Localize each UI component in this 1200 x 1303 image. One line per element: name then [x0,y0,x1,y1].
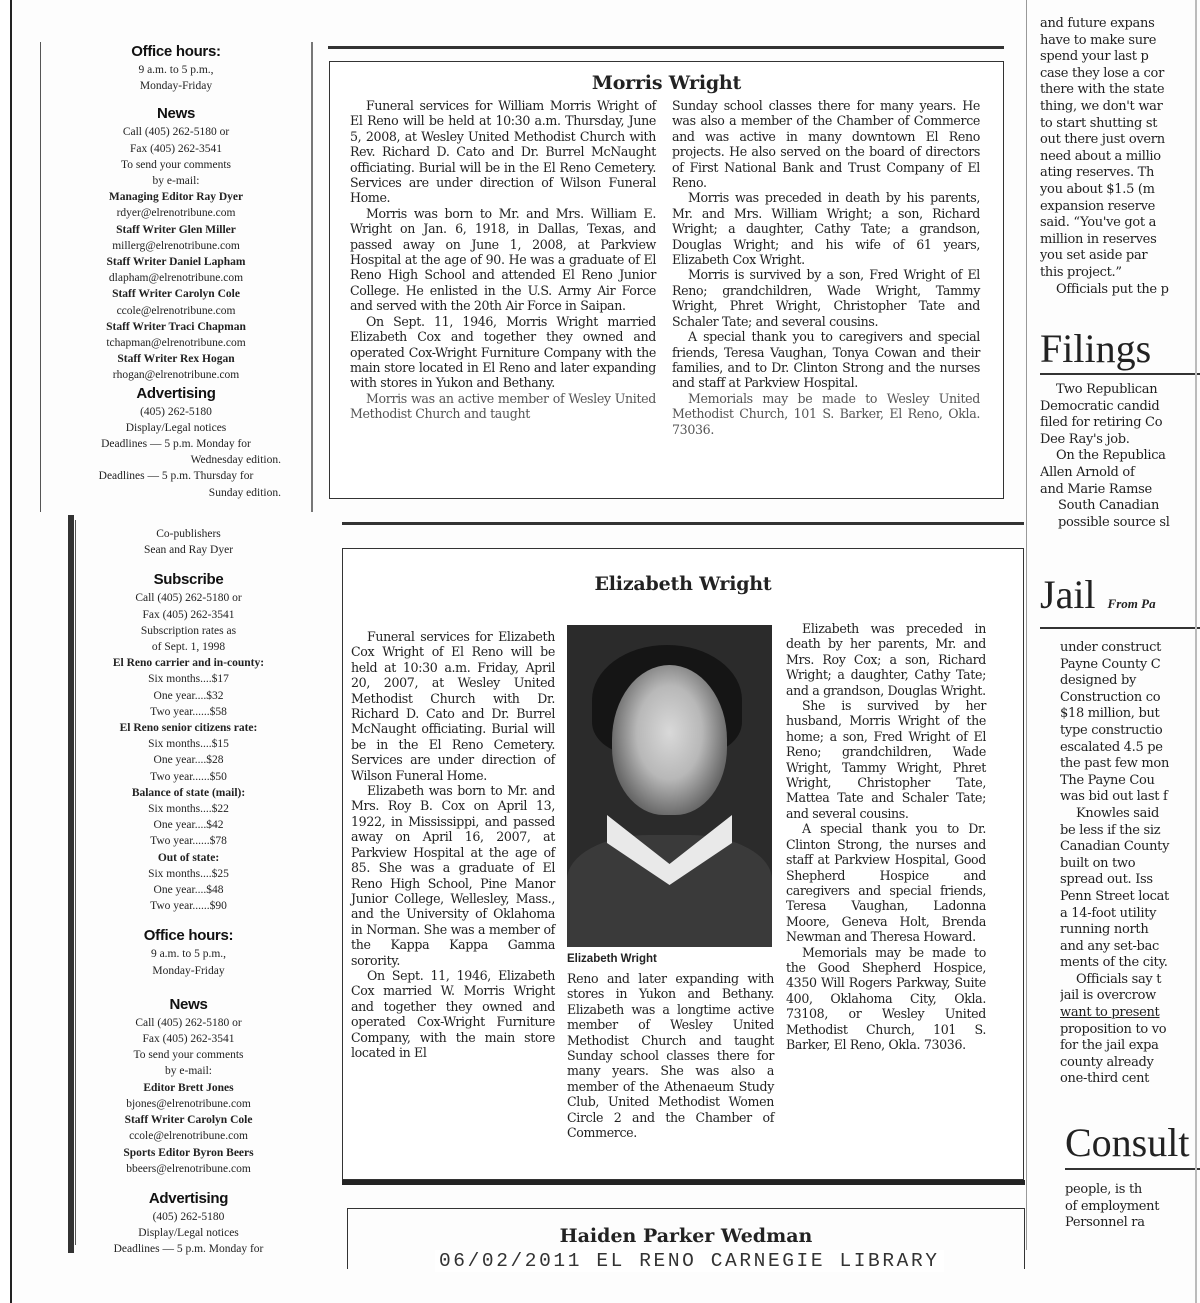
article-line: ating reserves. Th [1040,165,1200,182]
article-line: Payne County C [1060,657,1200,674]
subscribe-line: of Sept. 1, 1998 [76,639,301,655]
article-line: jail is overcrow [1060,988,1200,1005]
deadline-text: Wednesday edition. [41,452,311,468]
obituary-paragraph: Morris was an active member of Wesley Un… [350,391,656,422]
article-line: for the jail expa [1060,1038,1200,1055]
obituary-paragraph: Funeral services for William Morris Wrig… [350,98,656,206]
article-continuation-top: and future expans have to make sure spen… [1040,16,1200,298]
advertising-phone: (405) 262-5180 [41,404,311,420]
staff-email[interactable]: bbeers@elrenotribune.com [76,1161,301,1177]
staff-title: Staff Writer Carolyn Cole [76,1112,301,1128]
article-line: designed by [1060,673,1200,690]
article-line: out there just overn [1040,132,1200,149]
article-line: Officials say t [1060,972,1200,989]
obituary-column-3: Elizabeth was preceded in death by her p… [786,621,986,1140]
article-line: Officials put the p [1040,282,1200,299]
obituary-column-2: Elizabeth Wright Reno and later expandin… [567,625,774,1140]
rate-line: One year....$48 [76,882,301,898]
article-line: escalated 4.5 pe [1060,740,1200,757]
article-line: have to make sure [1040,33,1200,50]
article-line: Democratic candid [1040,399,1200,416]
article-line: possible source sl [1040,515,1200,532]
article-line: people, is th [1065,1182,1200,1199]
staff-title: Staff Writer Rex Hogan [41,351,311,367]
article-line: and future expans [1040,16,1200,33]
rate-line: Two year......$78 [76,833,301,849]
section-rule [342,1180,1025,1185]
section-rule [342,522,1024,525]
article-line: and Marie Ramse [1040,482,1200,499]
rate-group: El Reno carrier and in-county: [76,655,301,671]
deadline-text: Deadlines — 5 p.m. Thursday for [41,468,311,484]
article-line: thing, we don't war [1040,99,1200,116]
rate-line: Six months....$17 [76,671,301,687]
obituary-paragraph: Morris was preceded in death by his pare… [672,190,980,267]
deadline-text: Deadlines — 5 p.m. Monday for [41,436,311,452]
column-bar [68,515,74,1253]
deadline-text: Deadlines — 5 p.m. Monday for [76,1241,301,1257]
jump-from-label: From Pa [1108,596,1156,611]
staff-email[interactable]: rhogan@elrenotribune.com [41,367,311,383]
obituary-morris-wright: Morris Wright Funeral services for Willi… [329,61,1004,499]
article-line: million in reserves [1040,232,1200,249]
staff-title: Staff Writer Daniel Lapham [41,254,311,270]
rate-line: One year....$28 [76,752,301,768]
staff-email[interactable]: millerg@elrenotribune.com [41,238,311,254]
obituary-paragraph: Morris was born to Mr. and Mrs. William … [350,206,656,314]
rate-line: One year....$42 [76,817,301,833]
article-line: this project.” [1040,265,1200,282]
obituary-paragraph: On Sept. 11, 1946, Morris Wright married… [350,314,656,391]
photo-caption: Elizabeth Wright [567,953,774,965]
article-line: county already [1060,1055,1200,1072]
staff-title: Editor Brett Jones [76,1080,301,1096]
copublishers-label: Co-publishers [76,526,301,542]
staff-title: Sports Editor Byron Beers [76,1145,301,1161]
obituary-paragraph: Funeral services for Elizabeth Cox Wrigh… [351,629,555,783]
news-line: by e-mail: [41,173,311,189]
advertising-notices: Display/Legal notices [41,420,311,436]
news-line: Call (405) 262-5180 or [41,124,311,140]
obituary-paragraph: Morris is survived by a son, Fred Wright… [672,267,980,329]
column-divider [1026,0,1027,1250]
obituary-paragraph: On Sept. 11, 1946, Elizabeth Cox married… [351,968,555,1060]
article-line: Knowles said [1060,806,1200,823]
article-line: proposition to vo [1060,1022,1200,1039]
news-line: Fax (405) 262-3541 [76,1031,301,1047]
article-line: ments of the city. [1060,955,1200,972]
news-line: To send your comments [76,1047,301,1063]
article-line: type constructio [1060,723,1200,740]
obituary-title: Morris Wright [330,72,1003,94]
article-line: running north [1060,922,1200,939]
obituary-paragraph: Elizabeth was born to Mr. and Mrs. Roy B… [351,783,555,968]
article-line: to start shutting st [1040,116,1200,133]
headline-consult: Consult [1065,1118,1200,1170]
rate-group: Out of state: [76,850,301,866]
article-line: spread out. Iss [1060,872,1200,889]
rate-group: El Reno senior citizens rate: [76,720,301,736]
library-date-stamp: 06/02/2011 EL RENO CARNEGIE LIBRARY [435,1250,944,1272]
article-line: one-third cent [1060,1071,1200,1088]
office-hours-line: 9 a.m. to 5 p.m., [41,62,311,78]
news-heading: News [76,995,301,1015]
article-line: case they lose a cor [1040,66,1200,83]
section-rule [328,46,1004,49]
article-line: of employment [1065,1199,1200,1216]
article-line: South Canadian [1040,498,1200,515]
advertising-heading: Advertising [76,1189,301,1209]
news-heading: News [41,104,311,124]
office-hours-line: Monday-Friday [76,963,301,979]
office-hours-line: Monday-Friday [41,78,311,94]
rate-line: Two year......$90 [76,898,301,914]
rate-line: Six months....$22 [76,801,301,817]
obituary-elizabeth-wright: Elizabeth Wright Funeral services for El… [342,548,1024,1180]
article-line: under construct [1060,640,1200,657]
article-line: said. “You've got a [1040,215,1200,232]
page-edge-right [1195,0,1197,1303]
staff-title: Staff Writer Traci Chapman [41,319,311,335]
article-line: Dee Ray's job. [1040,432,1200,449]
staff-email[interactable]: dlapham@elrenotribune.com [41,270,311,286]
office-hours-heading: Office hours: [41,42,311,62]
article-line: expansion reserve [1040,199,1200,216]
obituary-paragraph: Reno and later expanding with stores in … [567,971,774,1140]
advertising-notices: Display/Legal notices [76,1225,301,1241]
staff-email[interactable]: bjones@elrenotribune.com [76,1096,301,1112]
copublishers-names: Sean and Ray Dyer [76,542,301,558]
staff-email[interactable]: ccole@elrenotribune.com [76,1128,301,1144]
staff-email[interactable]: tchapman@elrenotribune.com [41,335,311,351]
obituary-paragraph: Memorials may be made to Wesley United M… [672,391,980,437]
article-consult: people, is th of employment Personnel ra [1065,1182,1200,1232]
news-line: Fax (405) 262-3541 [41,141,311,157]
obituary-column-2-text: Reno and later expanding with stores in … [567,971,774,1140]
article-line: be less if the siz [1060,823,1200,840]
masthead-info-box-2: Co-publishers Sean and Ray Dyer Subscrib… [75,520,301,1245]
office-hours-heading: Office hours: [76,926,301,946]
article-line: a 14-foot utility [1060,906,1200,923]
rate-group: Balance of state (mail): [76,785,301,801]
article-filings: Two Republican Democratic candid filed f… [1040,382,1200,531]
news-line: Call (405) 262-5180 or [76,1015,301,1031]
article-line: spend your last p [1040,49,1200,66]
news-line: by e-mail: [76,1063,301,1079]
article-line: On the Republica [1040,448,1200,465]
portrait-photo [567,625,772,947]
staff-email[interactable]: rdyer@elrenotribune.com [41,205,311,221]
rate-line: One year....$32 [76,688,301,704]
masthead-info-box-1: Office hours: 9 a.m. to 5 p.m., Monday-F… [40,42,313,512]
article-line: you set aside par [1040,248,1200,265]
staff-email[interactable]: ccole@elrenotribune.com [41,303,311,319]
headline-jail: JailFrom Pa [1040,572,1200,629]
subscribe-line: Call (405) 262-5180 or [76,590,301,606]
headline-jail-text: Jail [1040,572,1096,617]
staff-title: Staff Writer Carolyn Cole [41,286,311,302]
obituary-paragraph: A special thank you to Dr. Clinton Stron… [786,821,986,944]
article-line: want to present [1060,1005,1200,1022]
subscribe-line: Fax (405) 262-3541 [76,607,301,623]
obituary-paragraph: Memorials may be made to the Good Shephe… [786,945,986,1053]
deadline-text: Sunday edition. [41,485,311,501]
article-line: and any set-bac [1060,939,1200,956]
staff-title: Staff Writer Glen Miller [41,222,311,238]
article-line: Construction co [1060,690,1200,707]
advertising-heading: Advertising [41,384,311,404]
article-line: Allen Arnold of [1040,465,1200,482]
article-line: The Payne Cou [1060,773,1200,790]
article-line: need about a millio [1040,149,1200,166]
rate-line: Two year......$58 [76,704,301,720]
obituary-title: Haiden Parker Wedman [348,1225,1024,1247]
obituary-column-1: Funeral services for William Morris Wrig… [350,98,656,437]
article-line: Penn Street locat [1060,889,1200,906]
obituary-paragraph: A special thank you to caregivers and sp… [672,329,980,391]
article-jail: under construct Payne County C designed … [1060,640,1200,1088]
rate-line: Six months....$15 [76,736,301,752]
article-line: Two Republican [1040,382,1200,399]
headline-filings: Filings [1040,325,1200,375]
obituary-column-1: Funeral services for Elizabeth Cox Wrigh… [351,629,555,1140]
obituary-column-2: Sunday school classes there for many yea… [672,98,980,437]
office-hours-line: 9 a.m. to 5 p.m., [76,946,301,962]
article-line: $18 million, but [1060,706,1200,723]
article-line: was bid out last f [1060,789,1200,806]
advertising-phone: (405) 262-5180 [76,1209,301,1225]
page-edge [0,0,12,1303]
staff-title: Managing Editor Ray Dyer [41,189,311,205]
subscribe-heading: Subscribe [76,570,301,590]
obituary-title: Elizabeth Wright [343,573,1023,595]
news-line: To send your comments [41,157,311,173]
rate-line: Two year......$50 [76,769,301,785]
article-line: Canadian County [1060,839,1200,856]
rate-line: Six months....$25 [76,866,301,882]
article-line: filed for retiring Co [1040,415,1200,432]
article-line: there with the state [1040,82,1200,99]
article-line: built on two [1060,856,1200,873]
article-line: you about $1.5 (m [1040,182,1200,199]
obituary-paragraph: She is survived by her husband, Morris W… [786,698,986,821]
obituary-paragraph: Elizabeth was preceded in death by her p… [786,621,986,698]
article-line: Personnel ra [1065,1215,1200,1232]
obituary-paragraph: Sunday school classes there for many yea… [672,98,980,190]
article-line: the past few mon [1060,756,1200,773]
subscribe-line: Subscription rates as [76,623,301,639]
